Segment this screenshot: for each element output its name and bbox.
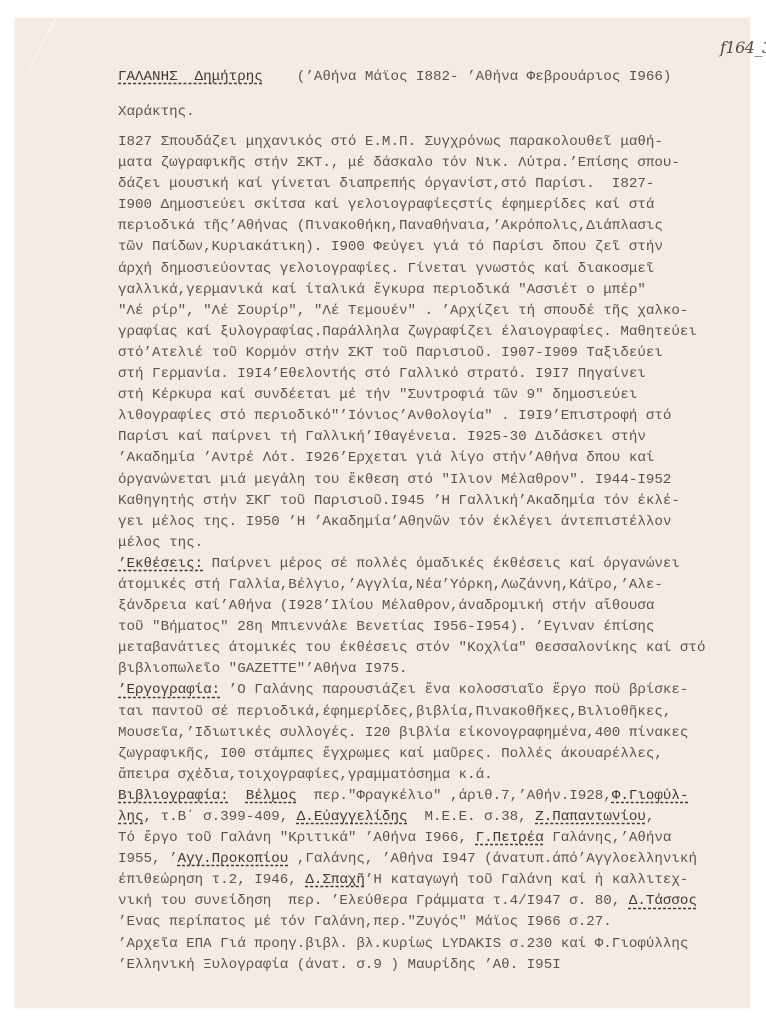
bibliography-author: Δ.Τάσσος [629, 893, 697, 909]
bibliography-text: Τό ἔργο τοῦ Γαλάνη "Κριτικά" ’Αθήνα I966… [118, 830, 476, 846]
section-text: μεταβανάτιες άτομικές του έκθέσεις στόν … [118, 640, 705, 656]
section-line: άτομικές στή Γαλλία,Βέλγιο,’Αγγλία,Νέα’Υ… [118, 575, 718, 596]
exhibitions-section: ’Εκθέσεις: Παίρνει μέρος σέ πολλές όμαδι… [118, 554, 718, 681]
bibliography-line: Τό ἔργο τοῦ Γαλάνη "Κριτικά" ’Αθήνα I966… [118, 828, 718, 849]
section-text: άτομικές στή Γαλλία,Βέλγιο,’Αγγλία,Νέα’Υ… [118, 577, 663, 593]
bibliography-section: Βιβλιογραφία: Βέλμος περ."Φραγκέλιο" ,άρ… [118, 786, 718, 976]
bibliography-text: , [646, 809, 655, 825]
bibliography-text: νική του συνείδηση περ. ’Ελεύθερα Γράμμα… [118, 893, 629, 909]
bibliography-label: Βιβλιογραφία: [118, 788, 229, 804]
section-text: ’Ο Γαλάνης παρουσιάζει ἔνα κολοσσιαῖο ἔρ… [220, 682, 688, 698]
bibliography-text: , τ.Β΄ σ.399-409, [144, 809, 297, 825]
bibliography-author: λης [118, 809, 144, 825]
section-text: Μουσεῖα,’Ιδιωτικές συλλογές. I20 βιβλία … [118, 725, 688, 741]
section-line: ἄπειρα σχέδια,τοιχογραφίες,γραμματόσημα … [118, 765, 718, 786]
section-line: Μουσεῖα,’Ιδιωτικές συλλογές. I20 βιβλία … [118, 723, 718, 744]
bibliography-text: ’Η καταγωγή τοῦ Γαλάνη καί ἡ καλλιτεχ- [365, 872, 689, 888]
bibliography-author: Γ.Πετρέα [476, 830, 544, 846]
bibliography-author: Δ.Εύαγγελίδης [297, 809, 408, 825]
biography-line: περιοδικά τῆς’Αθήνας (Πινακοθήκη,Παναθήν… [118, 216, 718, 237]
biography-line: λιθογραφίες στό περιοδικό"’Ιόνιος’Ανθολο… [118, 406, 718, 427]
biography-line: ’Ακαδημία ’Αντρέ Λότ. I926’Ερχεται γιά λ… [118, 448, 718, 469]
bibliography-line: Βιβλιογραφία: Βέλμος περ."Φραγκέλιο" ,άρ… [118, 786, 718, 807]
bibliography-author: Δ.Σπαχῆ [305, 872, 365, 888]
section-text: ζωγραφικῆς, I00 στάμπες ἔγχρωμες καί μαῦ… [118, 746, 663, 762]
biography-line: στή Κέρκυρα καί συνδέεται μέ τήν "Συντρο… [118, 385, 718, 406]
biography-line: γαλλικά,γερμανικά καί ίταλικά ἔγκυρα περ… [118, 280, 718, 301]
bibliography-author: Αγγ.Προκοπίου [178, 851, 289, 867]
section-text: τοῦ "Βήματος" 28η Μπιεννάλε Βενετίας I95… [118, 619, 654, 635]
bibliography-text: ’Ενας περίπατος μέ τόν Γαλάνη,περ."Ζυγός… [118, 914, 612, 930]
works-section: ’Εργογραφία: ’Ο Γαλάνης παρουσιάζει ἔνα … [118, 680, 718, 785]
biography-line: μέλος της. [118, 533, 718, 554]
section-text: βιβλιοπωλεῖο "GAZETTE"’Αθήνα I975. [118, 661, 407, 677]
bibliography-line: ’Ελληνική Ξυλογραφία (άνατ. σ.9 ) Μαυρίδ… [118, 955, 718, 976]
biography-line: ματα ζωγραφικῆς στήν ΣΚΤ., μέ δάσκαλο τό… [118, 153, 718, 174]
section-line: ζωγραφικῆς, I00 στάμπες ἔγχρωμες καί μαῦ… [118, 744, 718, 765]
bibliography-line: έπιθεώρηση τ.2, I946, Δ.Σπαχῆ’Η καταγωγή… [118, 870, 718, 891]
section-line: μεταβανάτιες άτομικές του έκθέσεις στόν … [118, 638, 718, 659]
exhibitions-label: ’Εκθέσεις: [118, 556, 203, 572]
bibliography-line: λης, τ.Β΄ σ.399-409, Δ.Εύαγγελίδης Μ.Ε.Ε… [118, 807, 718, 828]
bibliography-line: νική του συνείδηση περ. ’Ελεύθερα Γράμμα… [118, 891, 718, 912]
bibliography-text: I955, ’ [118, 851, 178, 867]
biography-line: γει μέλος της. I950 ’Η ’Ακαδημία’Αθηνῶν … [118, 512, 718, 533]
biography-line: Παρίσι καί παίρνει τή Γαλλική’Ιθαγένεια.… [118, 427, 718, 448]
section-line: ται παντοῦ σέ περιοδικά,έφημερίδες,βιβλί… [118, 702, 718, 723]
bibliography-text: έπιθεώρηση τ.2, I946, [118, 872, 305, 888]
biography-line: "Λέ ρίρ", "Λέ Σουρίρ", "Λέ Τεμουέν" . ’Α… [118, 301, 718, 322]
document-title: ΓΑΛΑΝΗΣ Δημήτρης (’Αθήνα Μάϊος I882- ’Αθ… [118, 60, 718, 95]
biography-line: γραφίας καί ξυλογραφίας.Παράλληλα ζωγραφ… [118, 322, 718, 343]
bibliography-line: ’Αρχεῖα ΕΠΑ Γιά προηγ.βιβλ. βλ.κυρίως LY… [118, 934, 718, 955]
section-line: ’Εκθέσεις: Παίρνει μέρος σέ πολλές όμαδι… [118, 554, 718, 575]
section-line: ’Εργογραφία: ’Ο Γαλάνης παρουσιάζει ἔνα … [118, 680, 718, 701]
artist-name: ΓΑΛΑΝΗΣ Δημήτρης [118, 69, 263, 85]
bibliography-text: περ."Φραγκέλιο" ,άριθ.7,’Αθήν.I928, [297, 788, 612, 804]
biography-section: I827 Σπουδάζει μηχανικός στό Ε.Μ.Π. Συγχ… [118, 132, 718, 554]
artist-profession: Χαράκτης. [118, 95, 718, 130]
artist-dates: (’Αθήνα Μάϊος I882- ’Αθήνα Φεβρουάριος I… [263, 69, 672, 85]
section-text: ται παντοῦ σέ περιοδικά,έφημερίδες,βιβλί… [118, 704, 671, 720]
bibliography-text: ,Γαλάνης, ’Αθήνα I947 (άνατυπ.άπό’Αγγλοε… [288, 851, 697, 867]
bibliography-author: Βέλμος [246, 788, 297, 804]
bibliography-text: ’Αρχεῖα ΕΠΑ Γιά προηγ.βιβλ. βλ.κυρίως LY… [118, 936, 688, 952]
section-line: τοῦ "Βήματος" 28η Μπιεννάλε Βενετίας I95… [118, 617, 718, 638]
bibliography-line: ’Ενας περίπατος μέ τόν Γαλάνη,περ."Ζυγός… [118, 912, 718, 933]
biography-line: στή Γερμανία. I9I4’Εθελοντής στό Γαλλικό… [118, 364, 718, 385]
biography-line: όργανώνεται μιά μεγάλη του ἔκθεση στό "Ι… [118, 470, 718, 491]
biography-line: I900 Δημοσιεύει σκίτσα καί γελοιογραφίες… [118, 195, 718, 216]
biography-line: στό’Ατελιέ τοῦ Κορμόν στήν ΣΚΤ τοῦ Παρισ… [118, 343, 718, 364]
section-text: ἄπειρα σχέδια,τοιχογραφίες,γραμματόσημα … [118, 767, 493, 783]
section-text: Παίρνει μέρος σέ πολλές όμαδικές έκθέσει… [203, 556, 680, 572]
biography-line: άρχή δημοσιεύοντας γελοιογραφίες. Γίνετα… [118, 259, 718, 280]
biography-line: Καθηγητής στήν ΣΚΓ τοῦ Παρισιοῦ.I945 ’Η … [118, 491, 718, 512]
works-label: ’Εργογραφία: [118, 682, 220, 698]
section-line: ξάνδρεια καί’Αθήνα (I928’Ιλίου Μέλαθρον,… [118, 596, 718, 617]
document-body: ΓΑΛΑΝΗΣ Δημήτρης (’Αθήνα Μάϊος I882- ’Αθ… [118, 60, 718, 976]
biography-line: I827 Σπουδάζει μηχανικός στό Ε.Μ.Π. Συγχ… [118, 132, 718, 153]
bibliography-text: ’Ελληνική Ξυλογραφία (άνατ. σ.9 ) Μαυρίδ… [118, 957, 561, 973]
bibliography-text: Γαλάνης,’Αθήνα [544, 830, 672, 846]
section-line: βιβλιοπωλεῖο "GAZETTE"’Αθήνα I975. [118, 659, 718, 680]
bibliography-author: Ζ.Παπαντωνίου [535, 809, 646, 825]
section-text: ξάνδρεια καί’Αθήνα (I928’Ιλίου Μέλαθρον,… [118, 598, 654, 614]
bibliography-text [229, 788, 246, 804]
bibliography-line: I955, ’Αγγ.Προκοπίου ,Γαλάνης, ’Αθήνα I9… [118, 849, 718, 870]
archive-reference-handwritten: f164_3 [720, 38, 766, 57]
bibliography-author: Φ.Γιοφύλ- [612, 788, 689, 804]
biography-line: δάζει μουσική καί γίνεται διαπρεπής όργα… [118, 174, 718, 195]
bibliography-text: Μ.Ε.Ε. σ.38, [407, 809, 535, 825]
biography-line: τῶν Παίδων,Κυριακάτικη). I900 Φεύγει γιά… [118, 237, 718, 258]
